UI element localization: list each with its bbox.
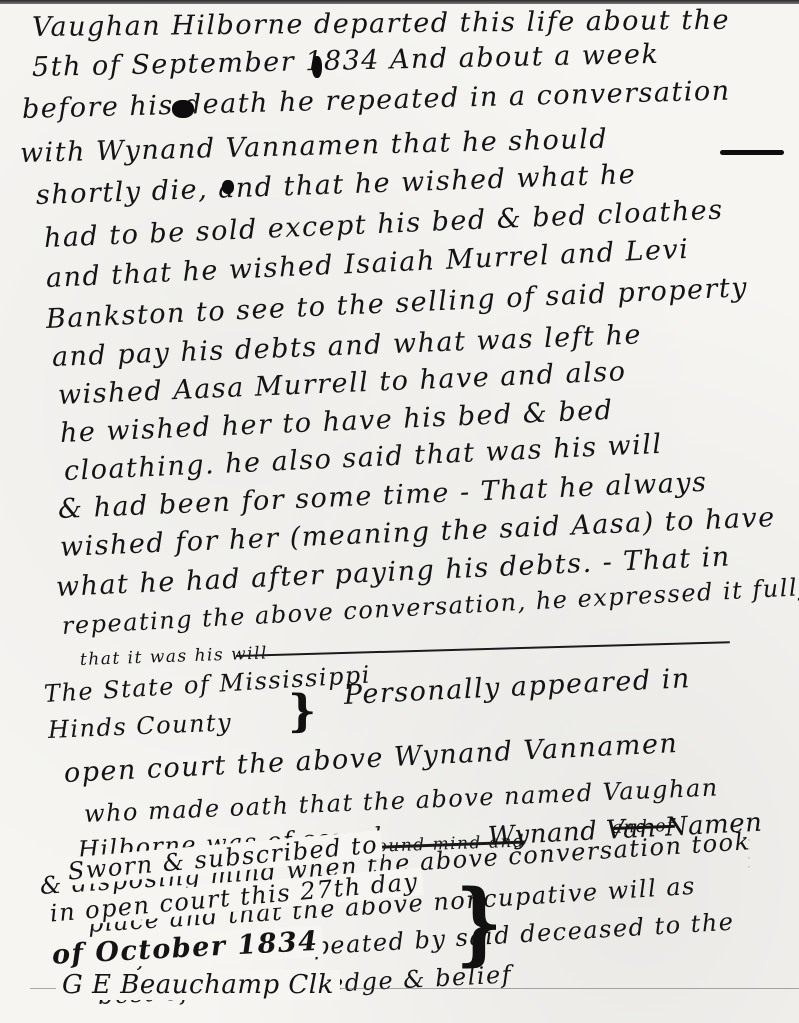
struck-word-mark: [720, 150, 784, 155]
bleed-through-text: · · · · · ·: [740, 820, 756, 980]
body-line-3: before his death he repeated in a conver…: [22, 75, 731, 125]
closing-rule: [236, 641, 730, 657]
scan-top-edge: [0, 0, 799, 4]
body-line-2: 5th of September 1834 And about a week: [32, 39, 660, 83]
sworn-brace: }: [456, 870, 502, 976]
venue-county: Hinds County: [47, 708, 232, 744]
ink-blot: [222, 180, 234, 194]
ink-blot: [172, 100, 194, 118]
clerk-signature: G E Beauchamp Clk: [56, 970, 340, 1000]
body-line-1: Vaughan Hilborne departed this life abou…: [32, 5, 730, 43]
jurat-line-1: Personally appeared in: [343, 663, 691, 711]
venue-brace: }: [288, 686, 316, 737]
ink-blot: [312, 56, 322, 78]
